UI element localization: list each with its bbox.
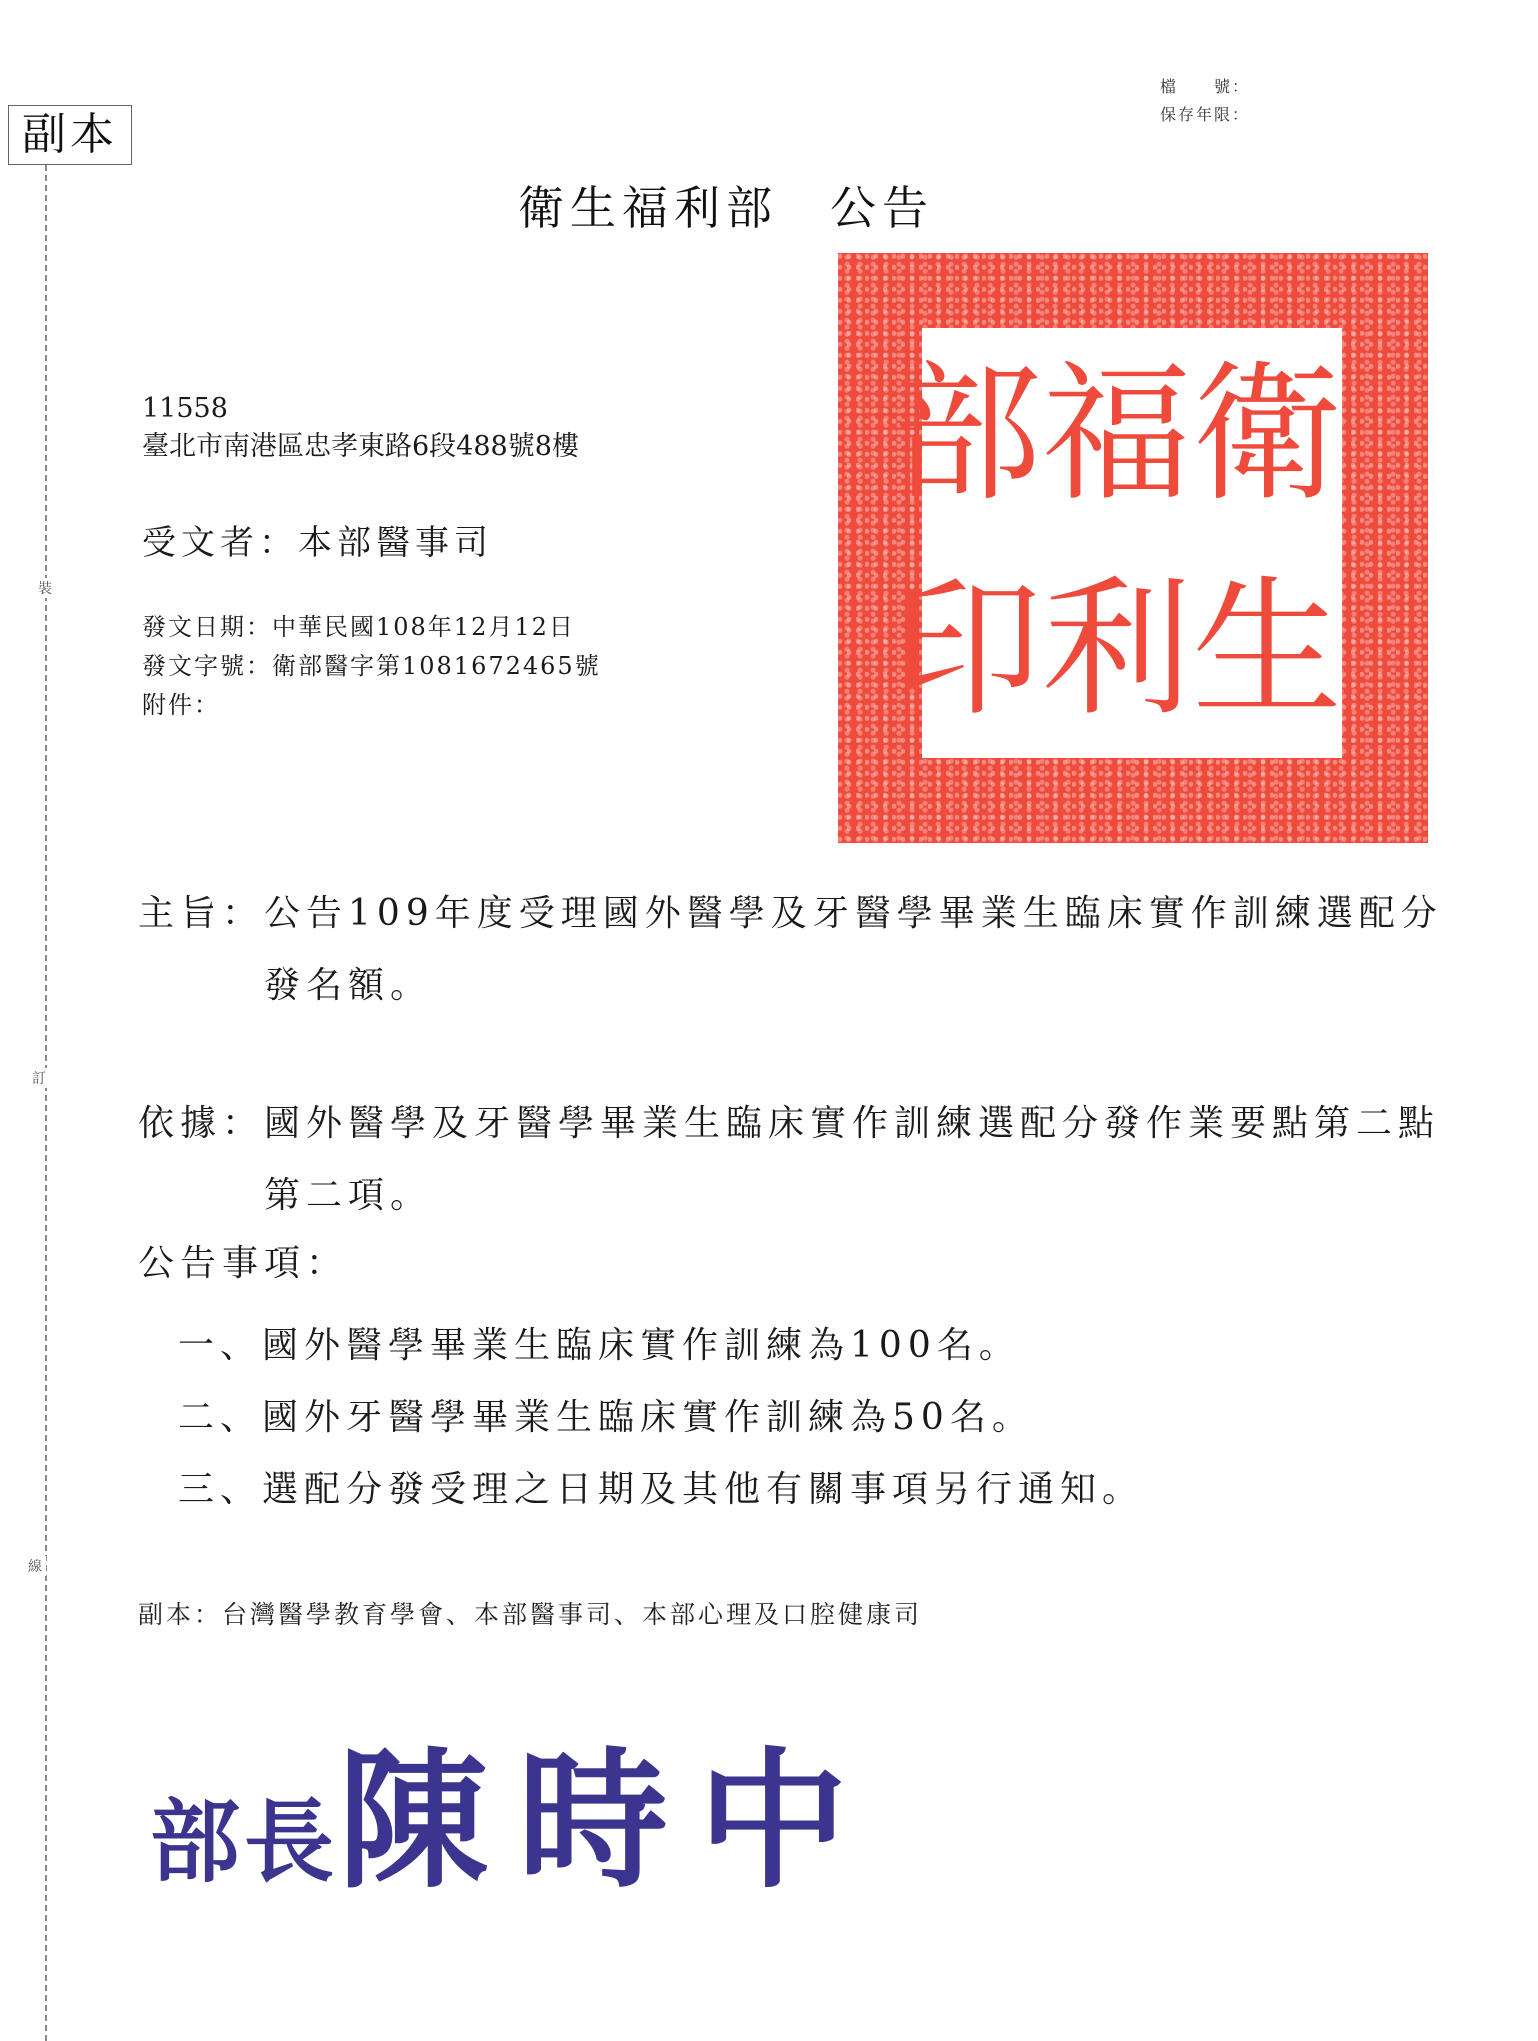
recipient-label: 受文者： xyxy=(142,523,298,563)
item-number: 二、 xyxy=(178,1397,262,1438)
street-address: 臺北市南港區忠孝東路6段488號8樓 xyxy=(142,428,579,466)
basis-text: 國外醫學及牙醫學畢業生臨床實作訓練選配分發作業要點第二點第二項。 xyxy=(264,1088,1458,1232)
reference-number-value: 衛部醫字第1081672465號 xyxy=(272,652,601,680)
seal-char: 生 xyxy=(1192,543,1342,758)
subject-text: 公告109年度受理國外醫學及牙醫學畢業生臨床實作訓練選配分發名額。 xyxy=(264,878,1458,1022)
issue-date-value: 中華民國108年12月12日 xyxy=(272,613,575,641)
postal-code: 11558 xyxy=(142,390,579,428)
seal-char: 利 xyxy=(1042,543,1192,758)
recipient: 受文者：本部醫事司 xyxy=(142,515,493,564)
seal-char: 福 xyxy=(1042,328,1192,543)
basis-section: 依據： 國外醫學及牙醫學畢業生臨床實作訓練選配分發作業要點第二點第二項。 xyxy=(138,1088,1458,1232)
carbon-copy: 副本：台灣醫學教育學會、本部醫事司、本部心理及口腔健康司 xyxy=(138,1595,922,1631)
binding-mark-ding: 訂 xyxy=(28,1068,50,1088)
binding-margin-line xyxy=(45,165,47,2041)
document-title: 衛生福利部 公告 xyxy=(518,172,934,238)
announcement-item: 三、選配分發受理之日期及其他有關事項另行通知。 xyxy=(178,1454,1144,1526)
reference-number-label: 發文字號： xyxy=(142,652,272,680)
binding-mark-zhuang: 裝 xyxy=(34,578,56,598)
item-number: 一、 xyxy=(178,1325,262,1366)
file-number-label: 檔 號： xyxy=(1160,73,1250,101)
announcement-item: 一、國外醫學畢業生臨床實作訓練為100名。 xyxy=(178,1310,1144,1382)
issue-info: 發文日期：中華民國108年12月12日 發文字號：衛部醫字第1081672465… xyxy=(142,608,601,725)
item-text: 國外牙醫學畢業生臨床實作訓練為50名。 xyxy=(262,1397,1034,1438)
announcement-list: 一、國外醫學畢業生臨床實作訓練為100名。 二、國外牙醫學畢業生臨床實作訓練為5… xyxy=(178,1310,1144,1526)
attachment-label: 附件： xyxy=(142,691,220,719)
cc-label: 副本： xyxy=(138,1600,222,1629)
item-number: 三、 xyxy=(178,1469,262,1510)
issue-date-label: 發文日期： xyxy=(142,613,272,641)
seal-inner-field: 衛 生 福 利 部 印 xyxy=(922,328,1342,758)
binding-mark-xian: 線 xyxy=(24,1556,46,1576)
seal-char: 部 xyxy=(892,328,1042,543)
cc-recipients: 台灣醫學教育學會、本部醫事司、本部心理及口腔健康司 xyxy=(222,1600,922,1629)
subject-label: 主旨： xyxy=(138,878,264,1022)
seal-char: 衛 xyxy=(1192,328,1342,543)
item-text: 選配分發受理之日期及其他有關事項另行通知。 xyxy=(262,1469,1144,1510)
file-meta: 檔 號： 保存年限： xyxy=(1160,73,1250,129)
seal-char: 印 xyxy=(892,543,1042,758)
signature-name: 陳時中 xyxy=(338,1733,878,1909)
basis-label: 依據： xyxy=(138,1088,264,1232)
official-seal: 衛 生 福 利 部 印 xyxy=(838,253,1428,843)
signature-title: 部長 xyxy=(150,1789,338,1895)
recipient-value: 本部醫事司 xyxy=(298,523,493,563)
subject-section: 主旨： 公告109年度受理國外醫學及牙醫學畢業生臨床實作訓練選配分發名額。 xyxy=(138,878,1458,1022)
copy-stamp: 副本 xyxy=(8,105,132,165)
sender-address: 11558 臺北市南港區忠孝東路6段488號8樓 xyxy=(142,390,579,466)
minister-signature: 部長陳時中 xyxy=(150,1700,878,1916)
retention-period-label: 保存年限： xyxy=(1160,101,1250,129)
announcement-heading: 公告事項： xyxy=(138,1235,348,1286)
item-text: 國外醫學畢業生臨床實作訓練為100名。 xyxy=(262,1325,1021,1366)
announcement-item: 二、國外牙醫學畢業生臨床實作訓練為50名。 xyxy=(178,1382,1144,1454)
